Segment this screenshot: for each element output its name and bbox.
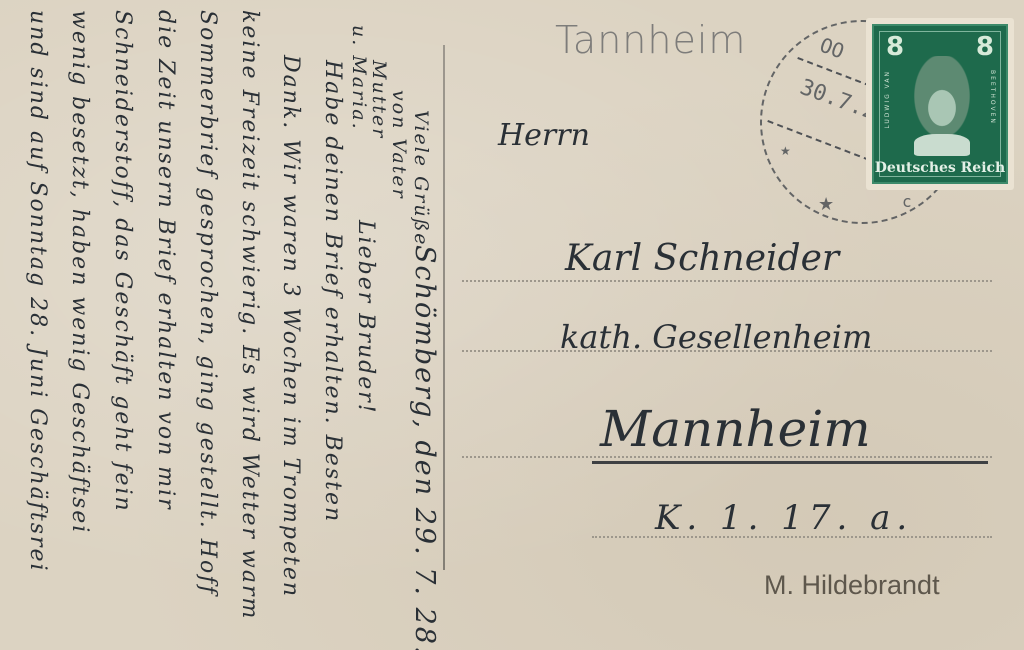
closing-line: von Vater: [388, 90, 410, 200]
postmark-suffix: c: [902, 192, 912, 211]
city-underline: [592, 461, 988, 464]
pencil-note: Tannheim: [555, 18, 746, 62]
stamp-side-text-left: LUDWIG VAN: [884, 70, 891, 129]
postcard: Schömberg, den 29. 7. 28. Lieber Bruder!…: [0, 0, 1024, 650]
message-line: Lieber Bruder!: [353, 220, 378, 415]
address-salutation: Herrn: [498, 118, 590, 153]
stamp-value-right: 8: [976, 32, 994, 62]
closing-line: Viele Grüße: [410, 110, 432, 247]
closing-line: u. Maria.: [348, 25, 370, 131]
stamp-side-text-right: BEETHOVEN: [989, 70, 996, 125]
message-line: Dank. Wir waren 3 Wochen im Trompeten: [278, 55, 303, 598]
address-street: K. 1. 17. a.: [655, 498, 913, 538]
collector-watermark: M. Hildebrandt: [764, 570, 940, 601]
stamp-value-left: 8: [886, 32, 904, 62]
message-line: keine Freizeit schwierig. Es wird Wetter…: [237, 10, 262, 620]
star-icon: ★: [818, 194, 834, 215]
stamp-country: Deutsches Reich: [874, 160, 1006, 176]
message-line: Sommerbrief gesprochen, ging gestellt. H…: [195, 10, 220, 596]
message-line: und sind auf Sonntag 28. Juni Geschäftsr…: [25, 10, 50, 573]
address-line-2: [462, 350, 992, 352]
address-line-3: [462, 456, 992, 458]
message-line: Schneiderstoff, das Geschäft geht fein: [110, 10, 135, 513]
address-line-4: [592, 536, 992, 538]
message-address-divider: [443, 45, 445, 570]
message-line: Habe deinen Brief erhalten. Besten: [320, 60, 345, 523]
postmark-town: OO: [817, 33, 848, 64]
message-line: die Zeit unsern Brief erhalten von mir: [153, 10, 178, 511]
address-name: Karl Schneider: [565, 238, 839, 279]
postage-stamp: 8 8 LUDWIG VAN BEETHOVEN Deutsches Reich: [866, 18, 1014, 190]
message-line: Schömberg, den 29. 7. 28.: [409, 245, 440, 650]
portrait-collar: [914, 134, 970, 156]
closing-line: Mutter: [368, 60, 390, 139]
address-line-1: [462, 280, 992, 282]
address-city: Mannheim: [600, 400, 871, 458]
message-line: wenig besetzt, haben wenig Geschäftsei: [67, 10, 92, 534]
star-icon: ★: [780, 144, 791, 158]
